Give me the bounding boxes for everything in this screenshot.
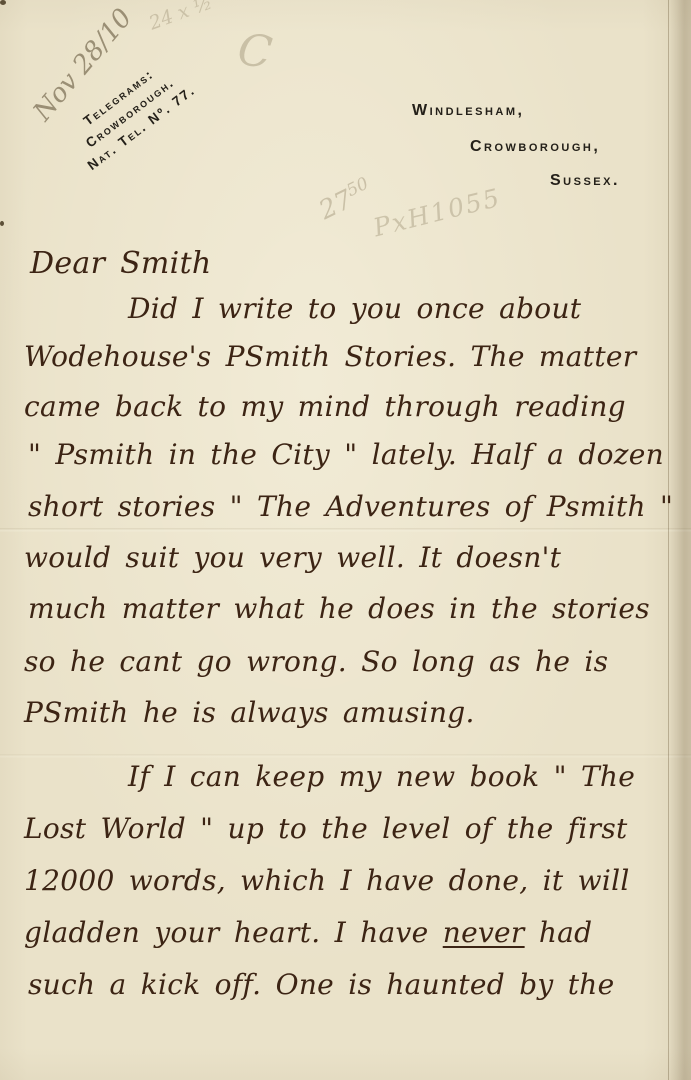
line-pre: gladden your heart. I have <box>24 916 443 949</box>
letter-line: Did I write to you once about <box>128 292 581 325</box>
scan-artifact <box>0 221 4 226</box>
pencil-price-note: 2750 <box>314 174 377 226</box>
pencil-c-mark: C <box>235 24 275 79</box>
letter-line: came back to my mind through reading <box>24 390 626 423</box>
letter-line: so he cant go wrong. So long as he is <box>24 645 608 678</box>
letter-salutation: Dear Smith <box>30 246 212 281</box>
letter-page: 24 x ½ Nov 28/10 C 2750 PxH1055 Telegram… <box>0 0 691 1080</box>
letter-line: If I can keep my new book " The <box>128 760 635 793</box>
letterhead-windlesham: Windlesham, <box>412 102 524 120</box>
letter-line: would suit you very well. It doesn't <box>24 541 561 574</box>
line-post: had <box>525 916 593 949</box>
letter-line: Lost World " up to the level of the firs… <box>24 812 628 845</box>
paper-crease <box>0 528 691 532</box>
letter-line: short stories " The Adventures of Psmith… <box>28 490 673 523</box>
paper-crease <box>0 754 691 758</box>
scan-artifact <box>0 0 6 5</box>
letterhead-crowborough: Crowborough, <box>470 138 600 156</box>
pencil-scribble-note: 24 x ½ <box>146 0 215 35</box>
letter-line: Wodehouse's PSmith Stories. The matter <box>24 340 636 373</box>
underlined-word-never: never <box>443 916 525 949</box>
letter-line: PSmith he is always amusing. <box>24 696 475 729</box>
letterhead-sussex: Sussex. <box>550 172 620 190</box>
page-edge-shadow <box>668 0 691 1080</box>
letter-line: much matter what he does in the stories <box>28 592 650 625</box>
letter-line: " Psmith in the City " lately. Half a do… <box>28 438 664 471</box>
pencil-catalog-note: PxH1055 <box>370 183 504 243</box>
letter-line: 12000 words, which I have done, it will <box>24 864 630 897</box>
letter-line: such a kick off. One is haunted by the <box>28 968 615 1001</box>
letter-line: gladden your heart. I have never had <box>24 916 592 949</box>
